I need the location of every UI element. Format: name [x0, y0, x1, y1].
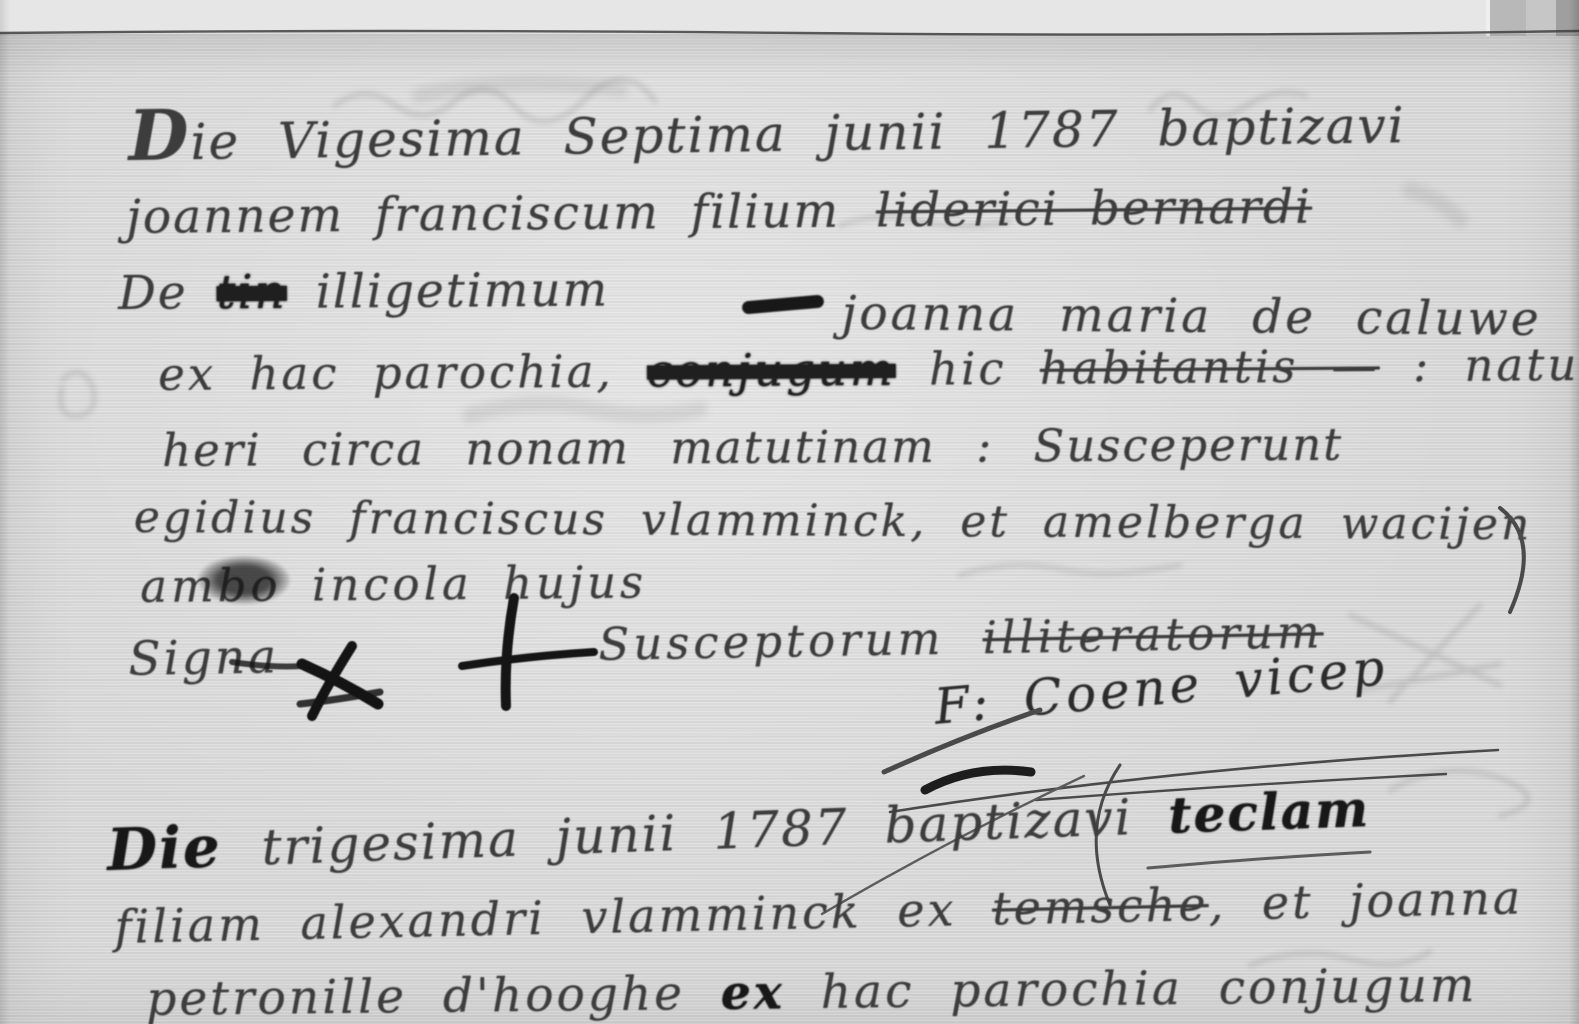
entry2-line3b: hac parochia conjugum	[785, 958, 1478, 1020]
entry2-struck-temsche: temsche	[992, 877, 1210, 936]
entry2-line3a: petronille d'hooghe	[146, 966, 721, 1024]
entry2-die: Die	[106, 811, 263, 884]
register-page: Die Vigesima Septima junii 1787 baptizav…	[0, 0, 1579, 1024]
entry2-ex-bold: ex	[721, 965, 786, 1021]
entry2-teclam: teclam	[1167, 779, 1371, 845]
entry2-line2b: , et joanna	[1208, 870, 1524, 931]
